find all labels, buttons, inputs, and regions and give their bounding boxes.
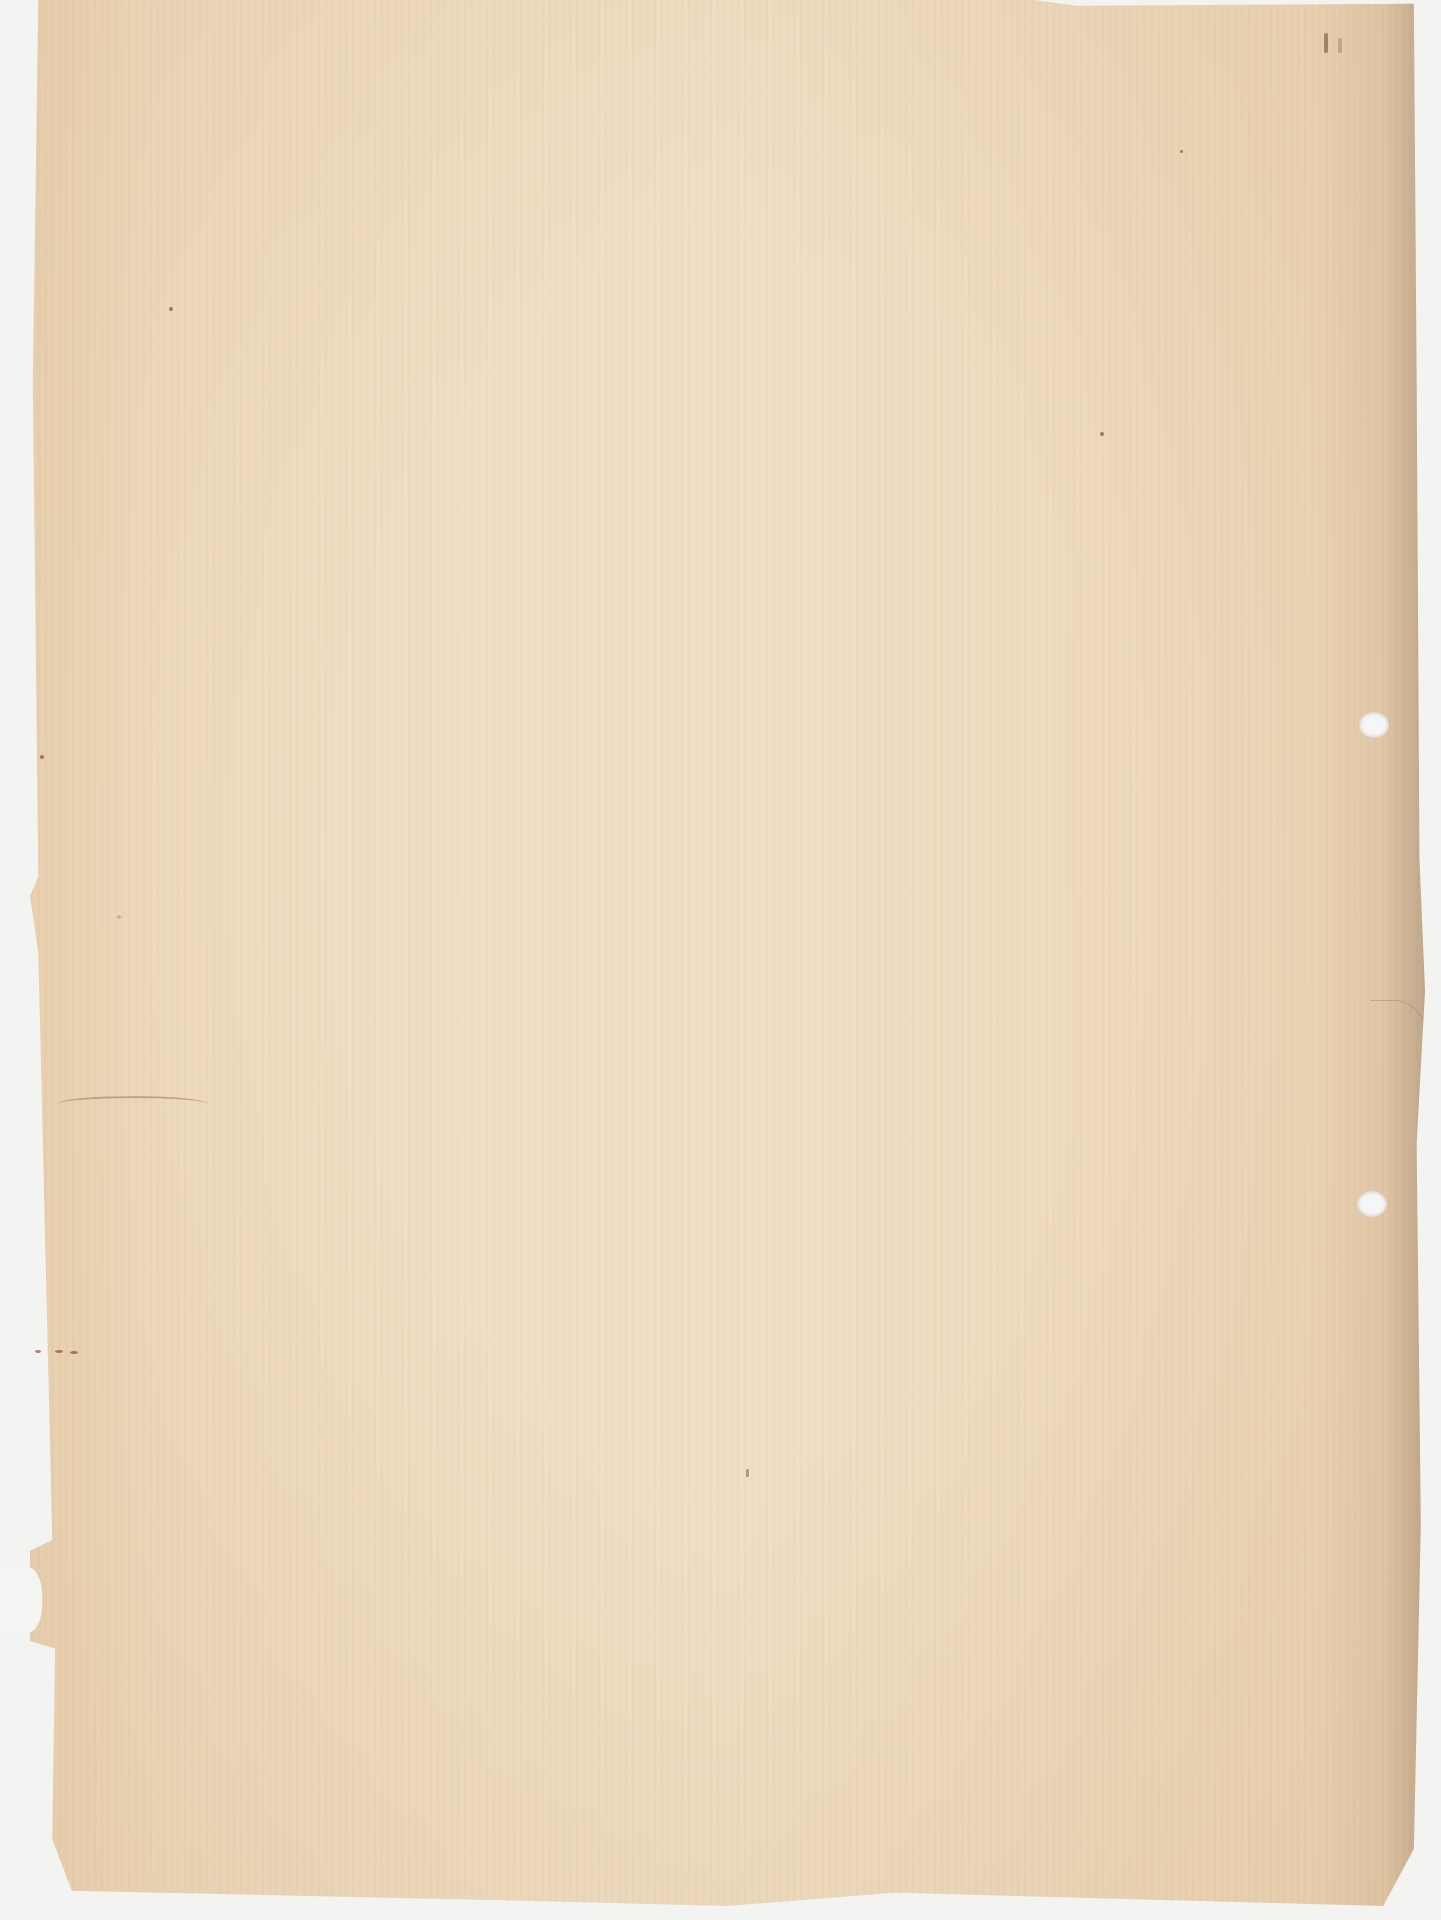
punch-hole-icon <box>1357 1191 1387 1217</box>
paper-sheet <box>30 0 1425 1906</box>
stain-mark <box>746 1469 749 1477</box>
bleed-through-text <box>320 530 1200 600</box>
stain-mark <box>70 1351 78 1354</box>
stain-mark <box>1180 150 1183 153</box>
paper-texture <box>30 0 1425 1906</box>
punch-hole-icon <box>1359 712 1389 738</box>
edge-notch <box>0 1566 42 1634</box>
stamp-marks <box>1322 33 1352 63</box>
stain-mark <box>40 755 44 759</box>
stain-mark <box>169 307 173 311</box>
paper-crease <box>58 1095 208 1114</box>
stain-mark <box>35 1350 41 1353</box>
scanned-page <box>0 0 1441 1920</box>
stain-mark <box>1100 432 1104 436</box>
stain-mark <box>55 1350 63 1353</box>
stain-mark <box>117 915 121 919</box>
edge-shadow <box>1385 0 1425 1906</box>
